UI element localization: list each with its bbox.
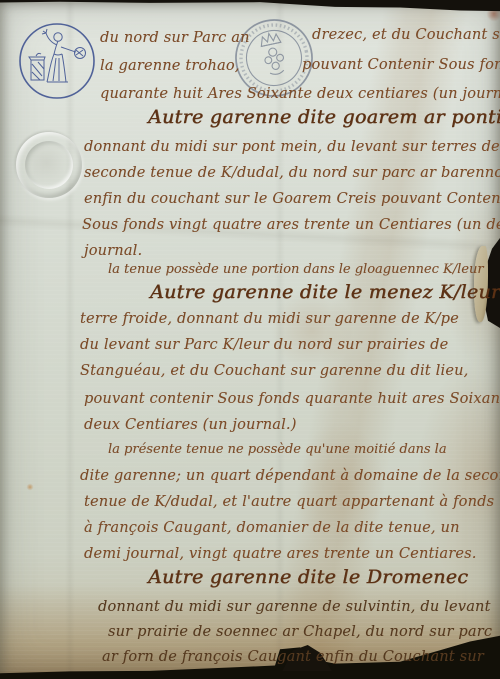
manuscript-line: pouvant contenir Sous fonds quarante hui…	[84, 391, 500, 407]
manuscript-line: tenue de K/dudal, et l'autre quart appar…	[84, 494, 494, 510]
manuscript-line: Sous fonds vingt quatre ares trente un C…	[82, 217, 500, 233]
manuscript-line: la garenne trohao,	[100, 58, 240, 74]
scanned-document: du nord sur Parc an drezec, et du Coucha…	[0, 0, 500, 679]
manuscript-line: enfin du couchant sur le Goarem Creis po…	[84, 191, 500, 207]
manuscript-line: Stanguéau, et du Couchant sur garenne du…	[80, 363, 468, 379]
manuscript-line: pouvant Contenir Sous fond de	[302, 57, 500, 73]
manuscript-line: terre froide, donnant du midi sur garenn…	[80, 311, 459, 327]
manuscript-line: du nord sur Parc an	[100, 30, 250, 46]
manuscript-line: journal.	[84, 243, 142, 259]
manuscript-line: demi journal, vingt quatre ares trente u…	[84, 546, 477, 562]
manuscript-line: ar forn de françois Caugant enfin du Cou…	[102, 649, 484, 665]
manuscript-line: donnant du midi sur garenne de sulvintin…	[98, 599, 491, 615]
manuscript-line: quarante huit Ares Soixante deux centiar…	[100, 86, 500, 102]
manuscript-note-line: la présente tenue ne possède qu'une moit…	[108, 442, 447, 457]
manuscript-line: deux Centiares (un journal.)	[84, 417, 297, 433]
section-heading: Autre garenne dite goarem ar pontic	[148, 106, 500, 128]
manuscript-line: à françois Caugant, domanier de la dite …	[84, 520, 460, 536]
manuscript-line: sur prairie de soennec ar Chapel, du nor…	[108, 624, 492, 640]
manuscript-note-line: la tenue possède une portion dans le glo…	[108, 262, 484, 277]
manuscript-line: donnant du midi sur pont mein, du levant…	[84, 139, 500, 155]
manuscript-line: seconde tenue de K/dudal, du nord sur pa…	[84, 165, 500, 181]
manuscript-line: du levant sur Parc K/leur du nord sur pr…	[80, 337, 448, 353]
section-heading: Autre garenne dite le menez K/leur	[150, 281, 500, 303]
manuscript-line: drezec, et du Couchant sur	[312, 27, 500, 43]
blue-allegorical-figure-stamp	[16, 20, 98, 102]
embossed-dry-seal	[16, 132, 82, 198]
section-heading: Autre garenne dite le Dromenec	[148, 566, 468, 588]
manuscript-line: dite garenne; un quart dépendant à domai…	[80, 468, 500, 484]
